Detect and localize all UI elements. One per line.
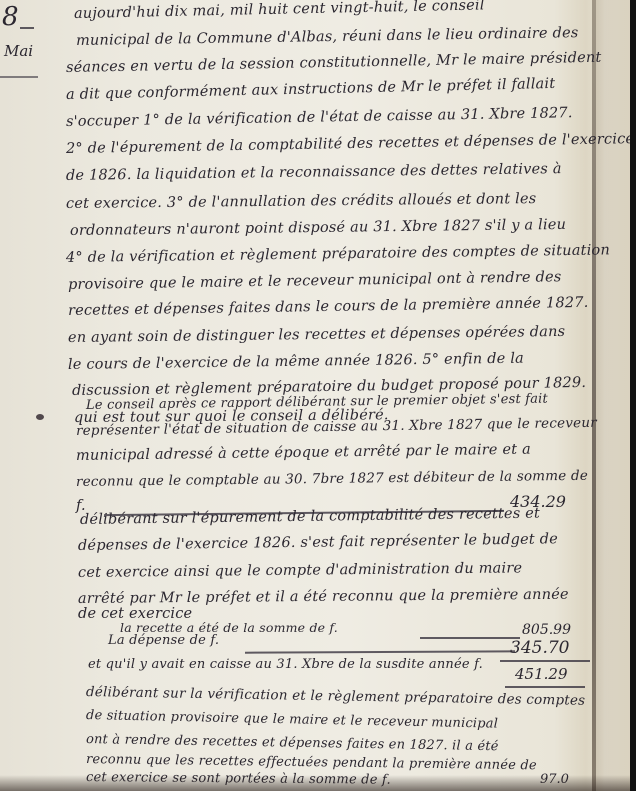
text-line: de situation provisoire que le maire et … [86,708,498,732]
text-line: arrêté par Mr le préfet et il a été reco… [78,587,569,607]
text-line: le cours de l'exercice de la même année … [68,351,524,373]
margin-bracket-rule [0,76,38,78]
text-line: ordonnateurs n'auront point disposé au 3… [70,217,566,239]
margin-month: Mai [4,42,33,60]
text-line: municipal adressé à cette époque et arrê… [76,442,531,464]
text-line: municipal de la Commune d'Albas, réuni d… [76,25,579,49]
page-bottom-shadow [0,775,630,791]
page-fold-shadow [596,0,630,791]
text-line: ont à rendre des recettes et dépenses fa… [86,732,499,754]
text-line: et qu'il y avait en caisse au 31. Xbre d… [88,657,483,672]
text-line: cet exercice ainsi que le compte d'admin… [78,560,522,581]
amount-recette: 805.99 [522,622,571,638]
amount-en-caisse: 451.29 [515,665,568,683]
text-line: provisoire que le maire et le receveur m… [68,269,562,293]
text-line: 4° de la vérification et règlement prépa… [66,242,610,266]
text-line: recettes et dépenses faites dans le cour… [68,295,589,319]
text-line: aujourd'hui dix mai, mil huit cent vingt… [74,0,485,22]
manuscript-page: 8 Mai aujourd'hui dix mai, mil huit cent… [0,0,630,791]
amount-leader-rule [245,650,515,653]
amount-total-rule [505,686,585,688]
margin-date-number: 8 [2,2,19,32]
ink-blot [36,414,44,420]
text-line: a dit que conformément aux instructions … [66,76,556,103]
text-line: s'occuper 1° de la vérification de l'éta… [66,105,573,130]
text-line: reconnu que le comptable au 30. 7bre 182… [76,468,588,490]
text-line: de 1826. la liquidation et la reconnaiss… [66,161,562,184]
text-line: délibérant sur l'épurement de la comptab… [80,506,540,528]
margin-dash [20,27,34,29]
text-line: en ayant soin de distinguer les recettes… [68,324,565,346]
text-line: séances en vertu de la session constitut… [66,50,602,76]
text-line: dépenses de l'exercice 1826. s'est fait … [78,531,558,554]
amount-subtotal-rule [500,660,590,662]
text-line: délibérant sur la vérification et le règ… [86,684,586,709]
text-line: 2° de l'épurement de la comptabilité des… [66,131,630,157]
amount-leader-rule [420,637,520,639]
amount-depense: 345.70 [510,638,569,658]
text-line: cet exercice. 3° de l'annullation des cr… [66,191,537,212]
page-fold-line [592,0,596,791]
text-line: La dépense de f. [108,633,219,648]
